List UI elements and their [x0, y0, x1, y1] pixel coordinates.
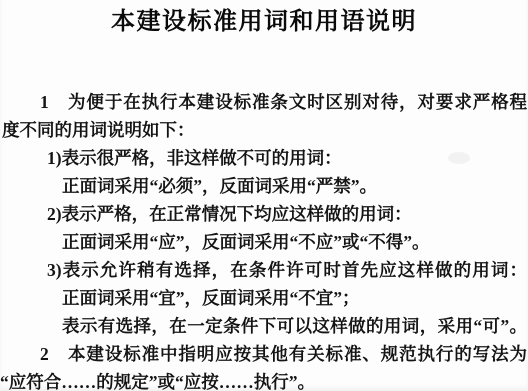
doc-line-item2: 2)表示严格，在正常情况下均应这样做的用词： — [0, 200, 528, 228]
doc-line-para1-cont: 度不同的用词说明如下： — [0, 116, 528, 144]
doc-line-item3: 3)表示允许稍有选择，在条件许可时首先应这样做的用词： — [0, 256, 528, 284]
doc-line-para2-cont: “应符合……的规定”或“应按……执行”。 — [0, 368, 528, 391]
doc-line-item2-sub: 正面词采用“应”，反面词采用“不应”或“不得”。 — [0, 228, 528, 256]
document-body: 1 为便于在执行本建设标准条文时区别对待，对要求严格程 度不同的用词说明如下： … — [0, 88, 528, 391]
doc-line-para1-first: 1 为便于在执行本建设标准条文时区别对待，对要求严格程 — [0, 88, 528, 116]
doc-line-item1-sub: 正面词采用“必须”，反面词采用“严禁”。 — [0, 172, 528, 200]
document-page: 本建设标准用词和用语说明 1 为便于在执行本建设标准条文时区别对待，对要求严格程… — [0, 0, 528, 391]
doc-line-item3-sub2: 表示有选择，在一定条件下可以这样做的用词，采用“可”。 — [0, 312, 528, 340]
doc-line-item3-sub1: 正面词采用“宜”，反面词采用“不宜”； — [0, 284, 528, 312]
doc-line-para2-first: 2 本建设标准中指明应按其他有关标准、规范执行的写法为 — [0, 340, 528, 368]
page-title: 本建设标准用词和用语说明 — [0, 0, 528, 38]
scan-smudge — [448, 152, 470, 164]
